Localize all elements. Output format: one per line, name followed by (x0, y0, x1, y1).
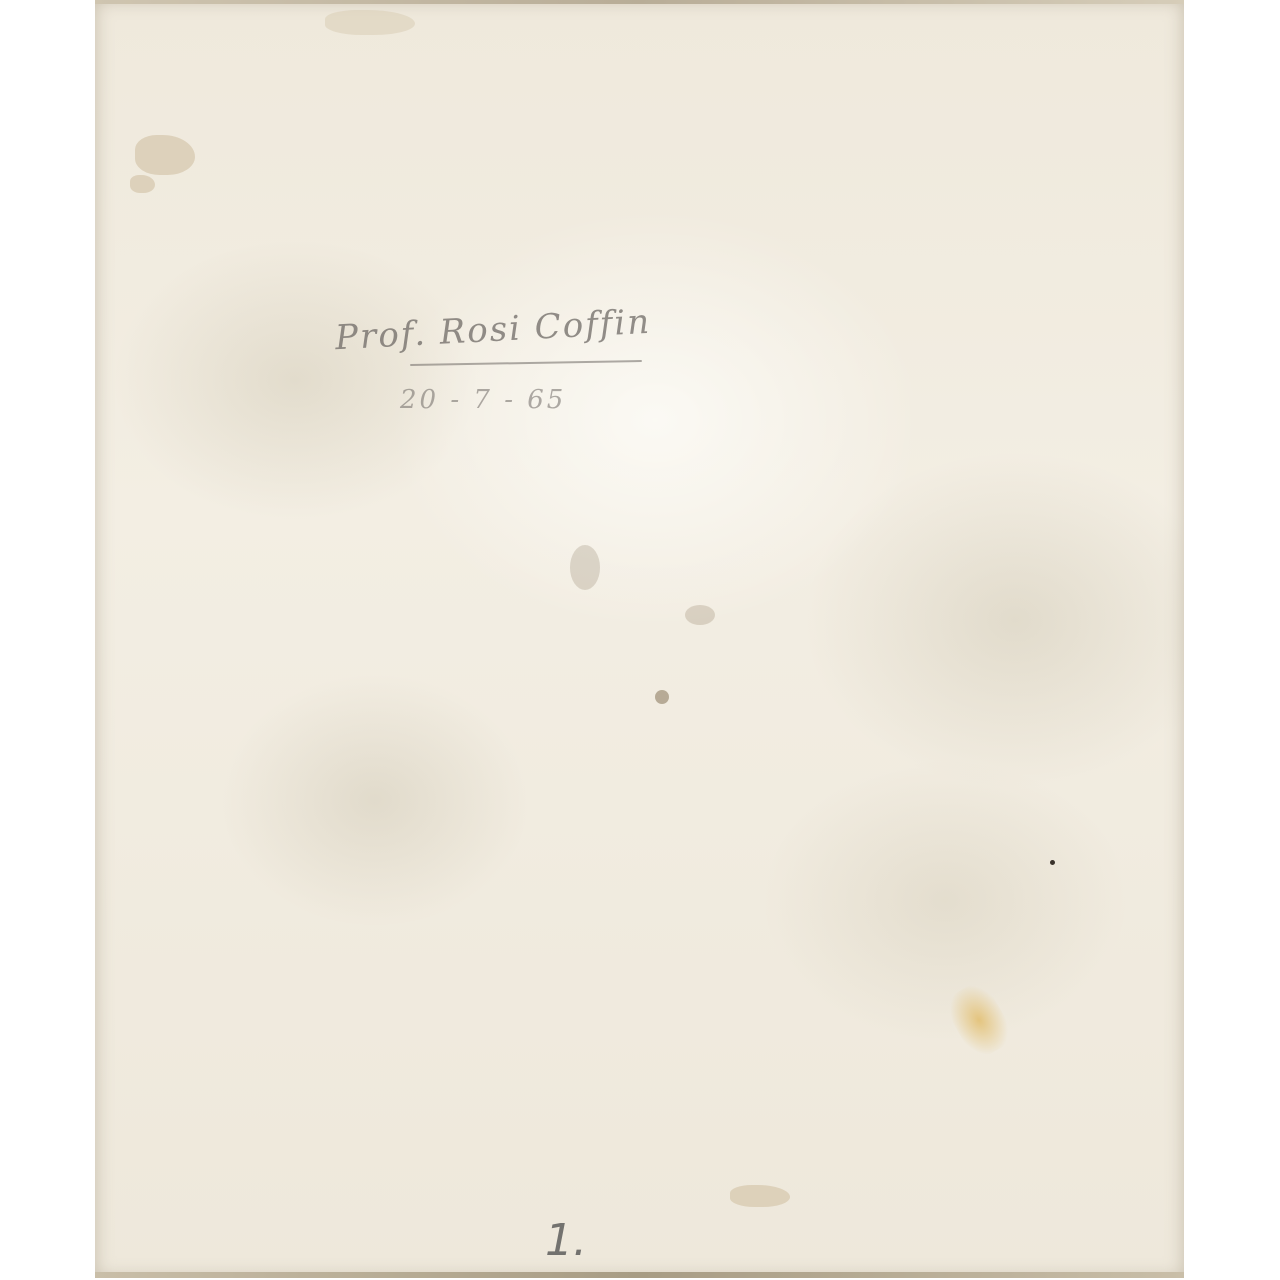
paint-flake (130, 175, 155, 193)
dirt-spot (655, 690, 669, 704)
board-bottom-edge (95, 1272, 1184, 1278)
paint-flake (730, 1185, 790, 1207)
paint-flake (135, 135, 195, 175)
bottom-number-mark: 1. (545, 1215, 587, 1266)
yellow-stain (941, 978, 1018, 1063)
paint-flake (325, 10, 415, 35)
dirt-spot (685, 605, 715, 625)
board-top-edge (95, 0, 1184, 4)
smudge (570, 545, 600, 590)
dirt-spot (1050, 860, 1055, 865)
paper-board (95, 0, 1184, 1278)
inscription-date: 20 - 7 - 65 (400, 385, 566, 415)
